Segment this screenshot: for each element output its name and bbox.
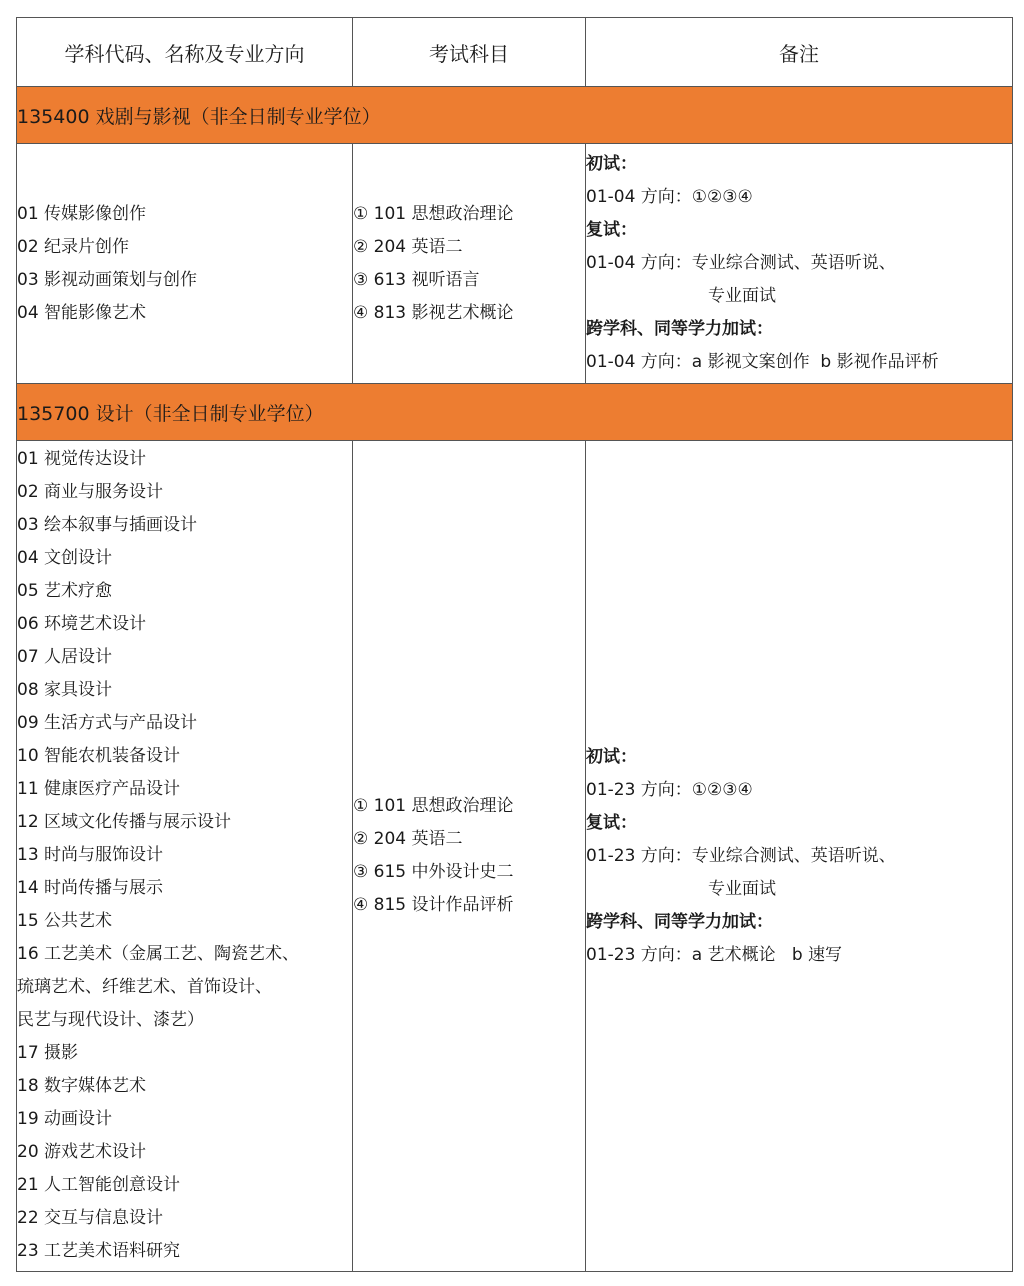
header-subjects: 考试科目 <box>353 18 586 87</box>
retest-text-cont: 专业面试 <box>586 873 1012 906</box>
direction-item: 04 文创设计 <box>17 542 352 575</box>
direction-item: 03 绘本叙事与插画设计 <box>17 509 352 542</box>
initial-label: 初试： <box>586 741 1012 774</box>
header-row: 学科代码、名称及专业方向 考试科目 备注 <box>17 18 1013 87</box>
retest-text: 01-04 方向：专业综合测试、英语听说、 <box>586 247 1012 280</box>
direction-item: 23 工艺美术语料研究 <box>17 1235 352 1268</box>
extra-text: 01-23 方向：a 艺术概论 b 速写 <box>586 939 1012 972</box>
header-notes: 备注 <box>586 18 1013 87</box>
directions-cell: 01 视觉传达设计02 商业与服务设计03 绘本叙事与插画设计04 文创设计05… <box>17 441 353 1272</box>
notes-cell: 初试： 01-04 方向：①②③④ 复试： 01-04 方向：专业综合测试、英语… <box>586 144 1013 384</box>
retest-label: 复试： <box>586 214 1012 247</box>
direction-item: 15 公共艺术 <box>17 905 352 938</box>
retest-text: 01-23 方向：专业综合测试、英语听说、 <box>586 840 1012 873</box>
extra-text: 01-04 方向：a 影视文案创作 b 影视作品评析 <box>586 346 1012 379</box>
subjects-cell: ① 101 思想政治理论 ② 204 英语二 ③ 613 视听语言 ④ 813 … <box>353 144 586 384</box>
subject-item: ④ 815 设计作品评析 <box>353 889 585 922</box>
direction-item: 03 影视动画策划与创作 <box>17 264 352 297</box>
direction-item: 11 健康医疗产品设计 <box>17 773 352 806</box>
subject-item: ④ 813 影视艺术概论 <box>353 297 585 330</box>
subject-item: ② 204 英语二 <box>353 231 585 264</box>
direction-item: 20 游戏艺术设计 <box>17 1136 352 1169</box>
direction-item: 06 环境艺术设计 <box>17 608 352 641</box>
direction-item: 04 智能影像艺术 <box>17 297 352 330</box>
direction-item: 16 工艺美术（金属工艺、陶瓷艺术、 <box>17 938 352 971</box>
subject-item: ① 101 思想政治理论 <box>353 198 585 231</box>
subjects-cell: ① 101 思想政治理论 ② 204 英语二 ③ 615 中外设计史二 ④ 81… <box>353 441 586 1272</box>
direction-item: 10 智能农机装备设计 <box>17 740 352 773</box>
direction-item: 琉璃艺术、纤维艺术、首饰设计、 <box>17 971 352 1004</box>
subject-item: ① 101 思想政治理论 <box>353 790 585 823</box>
direction-item: 09 生活方式与产品设计 <box>17 707 352 740</box>
direction-item: 22 交互与信息设计 <box>17 1202 352 1235</box>
initial-label: 初试： <box>586 148 1012 181</box>
retest-text-cont: 专业面试 <box>586 280 1012 313</box>
section-row: 01 视觉传达设计02 商业与服务设计03 绘本叙事与插画设计04 文创设计05… <box>17 441 1013 1272</box>
direction-item: 08 家具设计 <box>17 674 352 707</box>
subject-item: ③ 615 中外设计史二 <box>353 856 585 889</box>
direction-item: 19 动画设计 <box>17 1103 352 1136</box>
direction-item: 02 商业与服务设计 <box>17 476 352 509</box>
direction-item: 05 艺术疗愈 <box>17 575 352 608</box>
direction-item: 01 视觉传达设计 <box>17 443 352 476</box>
extra-label: 跨学科、同等学力加试： <box>586 906 1012 939</box>
initial-text: 01-04 方向：①②③④ <box>586 181 1012 214</box>
section-band: 135700 设计（非全日制专业学位） <box>17 384 1013 441</box>
section-title: 135400 戏剧与影视（非全日制专业学位） <box>17 87 1013 144</box>
retest-label: 复试： <box>586 807 1012 840</box>
section-title: 135700 设计（非全日制专业学位） <box>17 384 1013 441</box>
header-directions: 学科代码、名称及专业方向 <box>17 18 353 87</box>
notes-cell: 初试： 01-23 方向：①②③④ 复试： 01-23 方向：专业综合测试、英语… <box>586 441 1013 1272</box>
direction-item: 民艺与现代设计、漆艺） <box>17 1004 352 1037</box>
initial-text: 01-23 方向：①②③④ <box>586 774 1012 807</box>
direction-item: 01 传媒影像创作 <box>17 198 352 231</box>
admissions-table: 学科代码、名称及专业方向 考试科目 备注 135400 戏剧与影视（非全日制专业… <box>16 17 1013 1272</box>
subject-item: ② 204 英语二 <box>353 823 585 856</box>
direction-item: 18 数字媒体艺术 <box>17 1070 352 1103</box>
direction-item: 13 时尚与服饰设计 <box>17 839 352 872</box>
directions-cell: 01 传媒影像创作 02 纪录片创作 03 影视动画策划与创作 04 智能影像艺… <box>17 144 353 384</box>
direction-item: 21 人工智能创意设计 <box>17 1169 352 1202</box>
direction-item: 17 摄影 <box>17 1037 352 1070</box>
section-row: 01 传媒影像创作 02 纪录片创作 03 影视动画策划与创作 04 智能影像艺… <box>17 144 1013 384</box>
direction-item: 07 人居设计 <box>17 641 352 674</box>
subject-item: ③ 613 视听语言 <box>353 264 585 297</box>
section-band: 135400 戏剧与影视（非全日制专业学位） <box>17 87 1013 144</box>
direction-item: 14 时尚传播与展示 <box>17 872 352 905</box>
extra-label: 跨学科、同等学力加试： <box>586 313 1012 346</box>
direction-item: 02 纪录片创作 <box>17 231 352 264</box>
direction-item: 12 区域文化传播与展示设计 <box>17 806 352 839</box>
